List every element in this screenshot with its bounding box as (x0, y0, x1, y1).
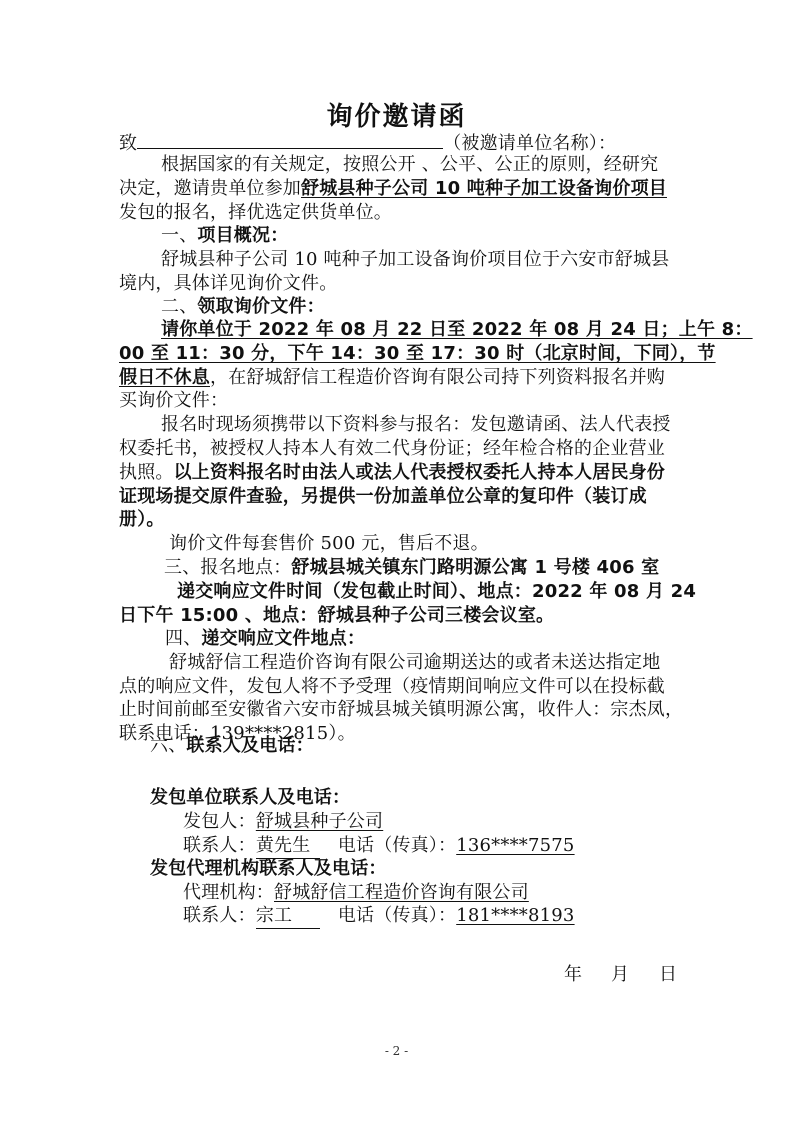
section3-location: 三、报名地点：舒城县城关镇东门路明源公寓 1 号楼 406 室 (119, 556, 722, 580)
phone-label: 电话（传真）： (338, 835, 456, 856)
section-heading: 联系人及电话： (186, 735, 313, 756)
deadline-line-2: 日下午 15:00 、地点：舒城县种子公司三楼会议室。 (119, 604, 677, 628)
intro-text: 决定，邀请贵单位参加 (119, 178, 301, 199)
no-holiday-rest: 假日不休息 (119, 367, 210, 388)
invitee-blank (137, 130, 443, 149)
materials-line-2: 权委托书，被授权人持本人有效二代身份证；经年检合格的企业营业 (119, 437, 677, 461)
employer-name-line: 发包人：舒城县种子公司 (183, 810, 741, 834)
phone-label: 电话（传真）： (338, 905, 456, 926)
section-number: 六、 (150, 735, 186, 756)
to-suffix: （被邀请单位名称）： (443, 133, 616, 154)
section4-heading: 四、递交响应文件地点： (119, 627, 723, 651)
materials-line-3: 执照。以上资料报名时由法人或法人代表授权委托人持本人居民身份 (119, 461, 677, 485)
pickup-time-line-1: 请你单位于 2022 年 08 月 22 日至 2022 年 08 月 24 日… (119, 318, 677, 342)
section-heading: 领取询价文件： (197, 296, 324, 317)
materials-text: 执照。 (119, 462, 174, 483)
section1-line-2: 境内，具体详见询价文件。 (119, 272, 677, 296)
contact-label: 联系人： (183, 905, 256, 926)
document-title: 询价邀请函 (0, 96, 793, 133)
registration-location: 舒城县城关镇东门路明源公寓 1 号楼 406 室 (291, 557, 659, 578)
agent-name-label: 代理机构： (183, 882, 274, 903)
deadline-line-1: 递交响应文件时间（发包截止时间）、地点：2022 年 08 月 24 (119, 580, 677, 604)
agent-phone: 181****8193 (456, 905, 574, 926)
employer-contact-field: 黄先生 (256, 834, 320, 859)
employer-contact-line: 联系人：黄先生电话（传真）：136****7575 (183, 834, 741, 859)
page-number: - 2 - (0, 1044, 793, 1058)
section-number: 一、 (161, 225, 197, 246)
materials-bold-text: 以上资料报名时由法人或法人代表授权委托人持本人居民身份 (174, 462, 665, 483)
document-price: 询价文件每套售价 500 元，售后不退。 (119, 532, 727, 556)
employer-contact: 黄先生 (256, 835, 311, 856)
to-prefix: 致 (119, 133, 137, 154)
pickup-time-line-3: 假日不休息，在舒城舒信工程造价咨询有限公司持下列资料报名并购 (119, 366, 677, 390)
section-number: 二、 (161, 296, 197, 317)
document-page: 询价邀请函 致（被邀请单位名称）： 根据国家的有关规定，按照公开 、公平、公正的… (0, 0, 793, 1122)
materials-line-4: 证现场提交原件查验，另提供一份加盖单位公章的复印件（装订成 (119, 485, 677, 509)
intro-line-1: 根据国家的有关规定，按照公开 、公平、公正的原则，经研究 (119, 153, 677, 177)
agent-heading: 发包代理机构联系人及电话： (150, 857, 708, 881)
materials-line-1: 报名时现场须携带以下资料参与报名：发包邀请函、法人代表授 (119, 413, 677, 437)
employer-heading: 发包单位联系人及电话： (150, 786, 708, 810)
intro-line-2: 决定，邀请贵单位参加舒城县种子公司 10 吨种子加工设备询价项目 (119, 177, 677, 201)
year-label: 年 (564, 960, 582, 986)
section-heading: 三、报名地点： (164, 557, 291, 578)
section-heading: 项目概况： (197, 225, 288, 246)
pickup-location-text: ，在舒城舒信工程造价咨询有限公司持下列资料报名并购 (210, 367, 665, 388)
agent-name-line: 代理机构：舒城舒信工程造价咨询有限公司 (183, 881, 741, 905)
project-name: 舒城县种子公司 10 吨种子加工设备询价项目 (301, 178, 667, 199)
pickup-time-line-2: 00 至 11：30 分，下午 14：30 至 17：30 时（北京时间，下同）… (119, 342, 677, 366)
employer-name-label: 发包人： (183, 811, 256, 832)
section4-line-3: 止时间前邮至安徽省六安市舒城县城关镇明源公寓，收件人：宗杰凤， (119, 698, 677, 722)
section1-line-1: 舒城县种子公司 10 吨种子加工设备询价项目位于六安市舒城县 (119, 248, 677, 272)
day-label: 日 (659, 960, 677, 986)
materials-line-5: 册）。 (119, 508, 677, 532)
pickup-line-4: 买询价文件： (119, 389, 677, 413)
section-heading: 递交响应文件地点： (201, 628, 365, 649)
section-number: 四、 (165, 628, 201, 649)
section2-heading: 二、领取询价文件： (119, 295, 719, 319)
month-label: 月 (611, 960, 629, 986)
agent-name: 舒城舒信工程造价咨询有限公司 (274, 882, 529, 903)
employer-phone: 136****7575 (456, 835, 574, 856)
section6-heading: 六、联系人及电话： (150, 734, 708, 758)
contact-label: 联系人： (183, 835, 256, 856)
agent-contact-line: 联系人：宗工电话（传真）：181****8193 (183, 904, 741, 929)
agent-contact-field: 宗工 (256, 904, 320, 929)
intro-line-3: 发包的报名，择优选定供货单位。 (119, 201, 677, 225)
agent-contact: 宗工 (256, 905, 292, 926)
section4-line-2: 点的响应文件，发包人将不予受理（疫情期间响应文件可以在投标截 (119, 675, 677, 699)
section1-heading: 一、项目概况： (119, 224, 719, 248)
section4-line-1: 舒城舒信工程造价咨询有限公司逾期送达的或者未送达指定地 (119, 651, 677, 675)
employer-name: 舒城县种子公司 (256, 811, 383, 832)
